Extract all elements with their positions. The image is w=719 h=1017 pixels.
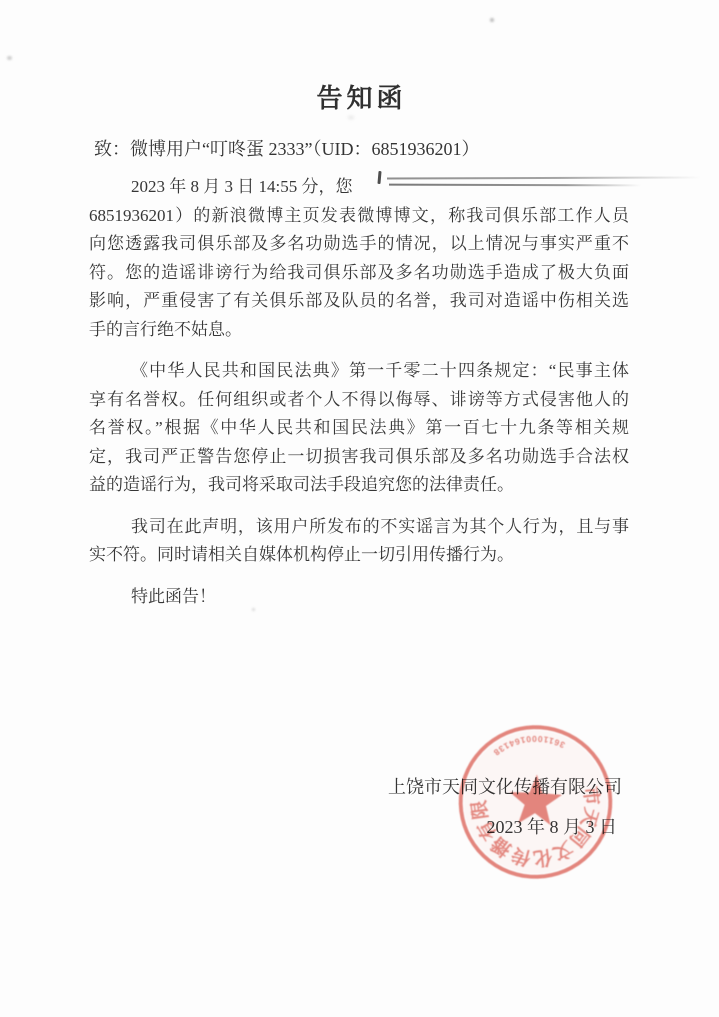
company-seal-stamp: 上饶市天同文化传播有限公司 3611000164138 xyxy=(437,706,634,898)
scanned-letter-page: 告知函 致：微博用户“叮咚蛋 2333”（UID：6851936201） 202… xyxy=(0,0,719,1017)
scan-speck xyxy=(7,56,12,60)
body-line: 我司在此声明，该用户所发布的不实谣言为其个人行为，且与事 xyxy=(89,513,629,542)
body-line: 实不符。同时请相关自媒体机构停止一切引用传播行为。 xyxy=(89,541,629,570)
paragraph-legal-basis: 《中华人民共和国民法典》第一千零二十四条规定：“民事主体享有名誉权。任何组织或者… xyxy=(89,357,629,500)
body-line: 6851936201）的新浪微博主页发表微博博文，称我司俱乐部工作人员 xyxy=(89,202,629,231)
letter-body: 2023 年 8 月 3 日 14:55 分，您6851936201）的新浪微博… xyxy=(89,173,629,611)
body-line: 影响，严重侵害了有关俱乐部及队员的名誉，我司对造谣中伤相关选 xyxy=(89,287,629,316)
recipient-line: 致：微博用户“叮咚蛋 2333”（UID：6851936201） xyxy=(94,136,719,162)
letter-title: 告知函 xyxy=(0,0,719,114)
body-line: 手的言行绝不姑息。 xyxy=(89,316,629,345)
paragraph-incident: 2023 年 8 月 3 日 14:55 分，您6851936201）的新浪微博… xyxy=(89,173,629,344)
paragraph-closing: 特此函告！ xyxy=(89,583,629,612)
body-line: 向您透露我司俱乐部及多名功勋选手的情况，以上情况与事实严重不 xyxy=(89,230,629,259)
body-line: 享有名誉权。任何组织或者个人不得以侮辱、诽谤等方式侵害他人的 xyxy=(89,386,629,415)
body-line: 名誉权。”根据《中华人民共和国民法典》第一百七十九条等相关规 xyxy=(89,414,629,443)
scan-speck xyxy=(348,116,354,119)
body-line: 符。您的造谣诽谤行为给我司俱乐部及多名功勋选手造成了极大负面 xyxy=(89,259,629,288)
body-line: 特此函告！ xyxy=(89,583,629,612)
scan-speck xyxy=(252,608,255,611)
scan-speck xyxy=(490,18,494,22)
body-line: 《中华人民共和国民法典》第一千零二十四条规定：“民事主体 xyxy=(89,357,629,386)
paragraph-statement: 我司在此声明，该用户所发布的不实谣言为其个人行为，且与事实不符。同时请相关自媒体… xyxy=(89,513,629,570)
body-line: 定，我司严正警告您停止一切损害我司俱乐部及多名功勋选手合法权 xyxy=(89,443,629,472)
body-line: 益的造谣行为，我司将采取司法手段追究您的法律责任。 xyxy=(89,471,629,500)
